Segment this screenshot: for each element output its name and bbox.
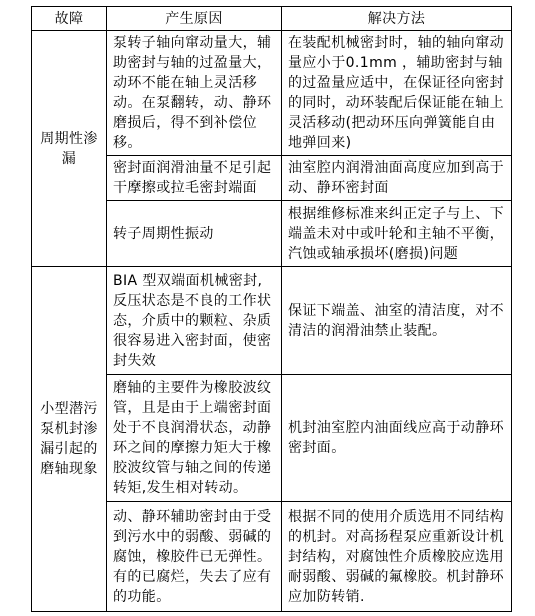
solution-cell-rotor-vibration: 根据维修标准来纠正定子与上、下端盖未对中或叶轮和主轴不平衡，汽蚀或轴承损坏(磨损… (282, 201, 512, 267)
cause-cell-rotor-vibration: 转子周期性振动 (107, 201, 282, 267)
document-page: 故障 产生原因 解决方法 周期性渗漏 泵转子轴向窜动量大，辅助密封与轴的过盈量大… (0, 0, 535, 616)
cause-cell-insufficient-lubrication: 密封面润滑油量不足引起干摩擦或拉毛密封端面 (107, 156, 282, 201)
solution-cell-bia-seal: 保证下端盖、油室的清洁度，对不清洁的润滑油禁止装配。 (282, 267, 512, 375)
fault-solution-table: 故障 产生原因 解决方法 周期性渗漏 泵转子轴向窜动量大，辅助密封与轴的过盈量大… (31, 6, 512, 612)
solution-cell-insufficient-lubrication: 油室腔内润滑油面高度应加到高于动、静环密封面 (282, 156, 512, 201)
header-fault: 故障 (32, 7, 107, 31)
cause-cell-axial-play: 泵转子轴向窜动量大，辅助密封与轴的过盈量大，动环不能在轴上灵活移动。在泵翻转，动… (107, 31, 282, 156)
solution-cell-axial-play: 在装配机械密封时，轴的轴向窜动量应小于0.1mm ，辅助密封与轴的过盈量应适中，… (282, 31, 512, 156)
solution-cell-corrosion: 根据不同的使用介质选用不同结构的机封。对高扬程泵应重新设计机封结构，对腐蚀性介质… (282, 502, 512, 612)
solution-cell-rubber-bellows: 机封油室腔内油面线应高于动静环密封面。 (282, 375, 512, 502)
table-row: 小型潜污泵机封渗漏引起的磨轴现象 BIA 型双端面机械密封,反压状态是不良的工作… (32, 267, 512, 375)
fault-cell-periodic-leakage: 周期性渗漏 (32, 31, 107, 267)
header-solution: 解决方法 (282, 7, 512, 31)
table-header-row: 故障 产生原因 解决方法 (32, 7, 512, 31)
cause-cell-bia-seal: BIA 型双端面机械密封,反压状态是不良的工作状态，介质中的颗粒、杂质很容易进入… (107, 267, 282, 375)
fault-cell-shaft-wear: 小型潜污泵机封渗漏引起的磨轴现象 (32, 267, 107, 612)
cause-cell-corrosion: 动、静环辅助密封由于受到污水中的弱酸、弱碱的腐蚀，橡胶件已无弹性。有的已腐烂，失… (107, 502, 282, 612)
cause-cell-rubber-bellows: 磨轴的主要件为橡胶波纹管，且是由于上端密封面处于不良润滑状态，动静环之间的摩擦力… (107, 375, 282, 502)
table-row: 周期性渗漏 泵转子轴向窜动量大，辅助密封与轴的过盈量大，动环不能在轴上灵活移动。… (32, 31, 512, 156)
header-cause: 产生原因 (107, 7, 282, 31)
